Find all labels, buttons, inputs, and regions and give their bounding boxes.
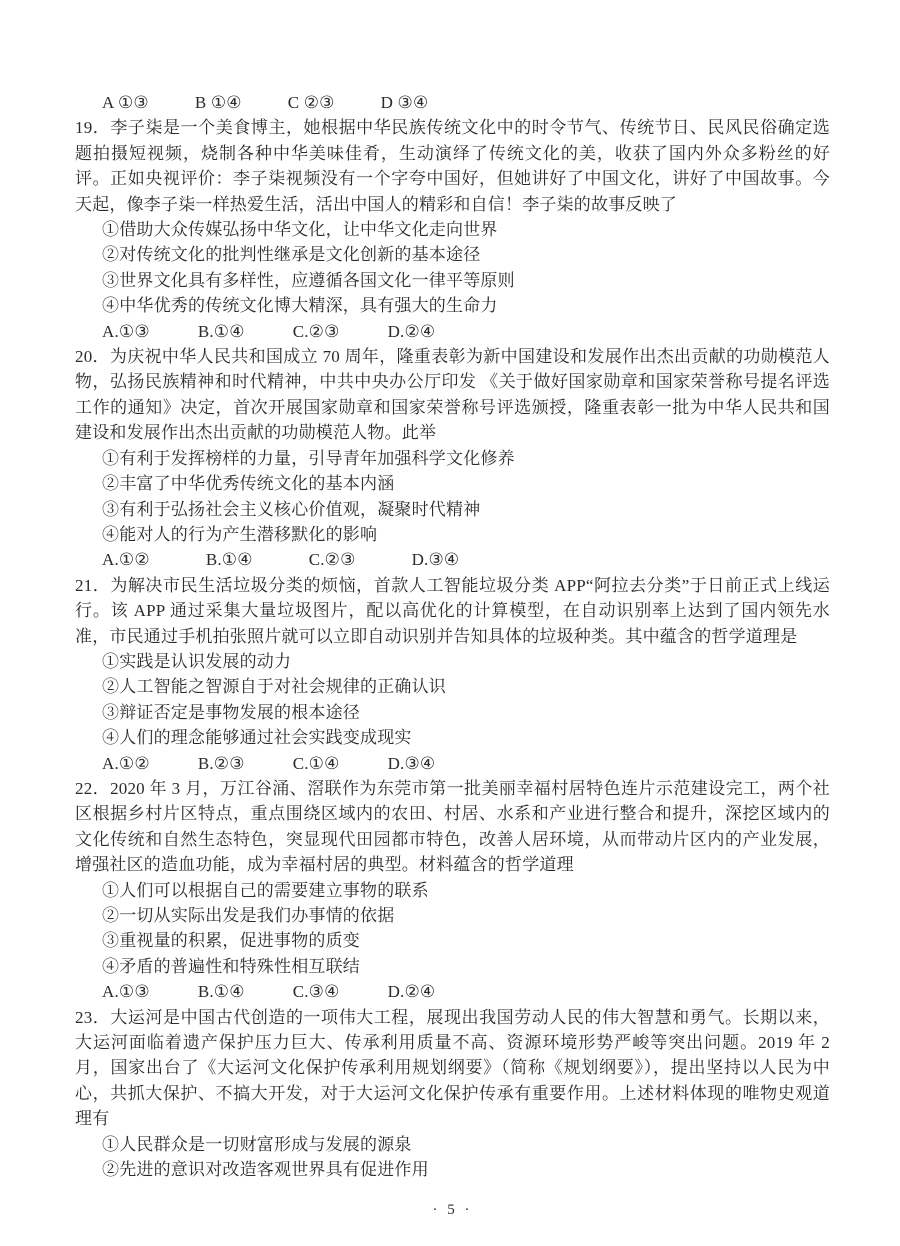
question-20-choice-c: C.②③	[309, 547, 356, 572]
question-21-option-1: ①实践是认识发展的动力	[75, 649, 830, 674]
question-20-choice-d: D.③④	[412, 547, 460, 572]
question-22-choice-c: C.③④	[293, 979, 340, 1004]
question-19: 19．李子柒是一个美食博主，她根据中华民族传统文化中的时令节气、传统节日、民风民…	[75, 115, 830, 344]
question-23-stem: 23．大运河是中国古代创造的一项伟大工程，展现出我国劳动人民的伟大智慧和勇气。长…	[75, 1005, 830, 1132]
question-23-option-1: ①人民群众是一切财富形成与发展的源泉	[75, 1132, 830, 1157]
question-20-choice-b: B.①④	[206, 547, 253, 572]
question-21-option-4: ④人们的理念能够通过社会实践变成现实	[75, 725, 830, 750]
question-22: 22．2020 年 3 月，万江谷涌、滘联作为东莞市第一批美丽幸福村居特色连片示…	[75, 776, 830, 1005]
carryover-answer-row: A ①③ B ①④ C ②③ D ③④	[75, 90, 830, 115]
question-23: 23．大运河是中国古代创造的一项伟大工程，展现出我国劳动人民的伟大智慧和勇气。长…	[75, 1005, 830, 1183]
question-21-stem: 21．为解决市民生活垃圾分类的烦恼，首款人工智能垃圾分类 APP“阿拉去分类”于…	[75, 573, 830, 649]
question-20-choice-a: A.①②	[102, 547, 150, 572]
question-19-option-3: ③世界文化具有多样性，应遵循各国文化一律平等原则	[75, 268, 830, 293]
question-19-choice-a: A.①③	[102, 319, 150, 344]
question-21-choice-c: C.①④	[293, 751, 340, 776]
question-22-choice-d: D.②④	[388, 979, 436, 1004]
question-19-choice-c: C.②③	[293, 319, 340, 344]
question-19-choices-row: A.①③ B.①④ C.②③ D.②④	[75, 319, 830, 344]
question-20-option-4: ④能对人的行为产生潜移默化的影响	[75, 522, 830, 547]
question-22-option-1: ①人们可以根据自己的需要建立事物的联系	[75, 878, 830, 903]
question-19-choice-d: D.②④	[388, 319, 436, 344]
question-21-option-2: ②人工智能之智源自于对社会规律的正确认识	[75, 674, 830, 699]
question-19-option-2: ②对传统文化的批判性继承是文化创新的基本途径	[75, 242, 830, 267]
question-20-option-3: ③有利于弘扬社会主义核心价值观，凝聚时代精神	[75, 497, 830, 522]
question-19-stem: 19．李子柒是一个美食博主，她根据中华民族传统文化中的时令节气、传统节日、民风民…	[75, 115, 830, 217]
carryover-choice-a: A ①③	[102, 90, 149, 115]
question-22-option-3: ③重视量的积累，促进事物的质变	[75, 928, 830, 953]
question-22-choices-row: A.①③ B.①④ C.③④ D.②④	[75, 979, 830, 1004]
question-22-stem: 22．2020 年 3 月，万江谷涌、滘联作为东莞市第一批美丽幸福村居特色连片示…	[75, 776, 830, 878]
question-22-choice-a: A.①③	[102, 979, 150, 1004]
carryover-choice-b: B ①④	[195, 90, 242, 115]
question-21-choice-a: A.①②	[102, 751, 150, 776]
question-20-choices-row: A.①② B.①④ C.②③ D.③④	[75, 547, 830, 572]
question-23-option-2: ②先进的意识对改造客观世界具有促进作用	[75, 1157, 830, 1182]
question-19-option-4: ④中华优秀的传统文化博大精深，具有强大的生命力	[75, 293, 830, 318]
question-21-option-3: ③辩证否定是事物发展的根本途径	[75, 700, 830, 725]
question-21-choices-row: A.①② B.②③ C.①④ D.③④	[75, 751, 830, 776]
question-21-choice-d: D.③④	[388, 751, 436, 776]
question-22-option-4: ④矛盾的普遍性和特殊性相互联结	[75, 954, 830, 979]
question-19-option-1: ①借助大众传媒弘扬中华文化，让中华文化走向世界	[75, 217, 830, 242]
question-20-option-1: ①有利于发挥榜样的力量，引导青年加强科学文化修养	[75, 446, 830, 471]
question-21: 21．为解决市民生活垃圾分类的烦恼，首款人工智能垃圾分类 APP“阿拉去分类”于…	[75, 573, 830, 776]
exam-paper-page: A ①③ B ①④ C ②③ D ③④ 19．李子柒是一个美食博主，她根据中华民…	[0, 0, 900, 1246]
question-21-choice-b: B.②③	[198, 751, 245, 776]
carryover-choice-d: D ③④	[381, 90, 429, 115]
carryover-choice-c: C ②③	[288, 90, 335, 115]
question-19-choice-b: B.①④	[198, 319, 245, 344]
question-22-choice-b: B.①④	[198, 979, 245, 1004]
page-number: · 5 ·	[75, 1202, 830, 1219]
question-20: 20．为庆祝中华人民共和国成立 70 周年，隆重表彰为新中国建设和发展作出杰出贡…	[75, 344, 830, 573]
question-20-stem: 20．为庆祝中华人民共和国成立 70 周年，隆重表彰为新中国建设和发展作出杰出贡…	[75, 344, 830, 446]
question-20-option-2: ②丰富了中华优秀传统文化的基本内涵	[75, 471, 830, 496]
question-22-option-2: ②一切从实际出发是我们办事情的依据	[75, 903, 830, 928]
